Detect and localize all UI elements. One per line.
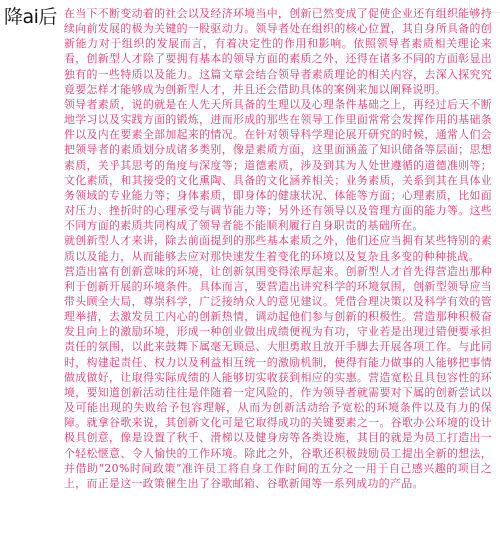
document-body: 在当下不断变动着的社会以及经济环境当中，创新已然变成了促使企业还有组织能够持续向… <box>64 6 492 491</box>
paragraph-leader-qualities: 领导者素质，说的就是在人先天所具备的生理以及心理条件基础之上，再经过后天不断地学… <box>64 97 492 233</box>
paragraph-innovation-environment: 营造出富有创新意味的环境，让创新氛围变得浓厚起来。创新型人才首先得营造出那种利于… <box>64 264 492 491</box>
paragraph-innovative-talent: 就创新型人才来讲，除去前面提到的那些基本素质之外，他们还应当拥有某些特别的素质以… <box>64 233 492 263</box>
overlay-label: 降ai后 <box>4 6 57 28</box>
paragraph-intro: 在当下不断变动着的社会以及经济环境当中，创新已然变成了促使企业还有组织能够持续向… <box>64 6 492 97</box>
